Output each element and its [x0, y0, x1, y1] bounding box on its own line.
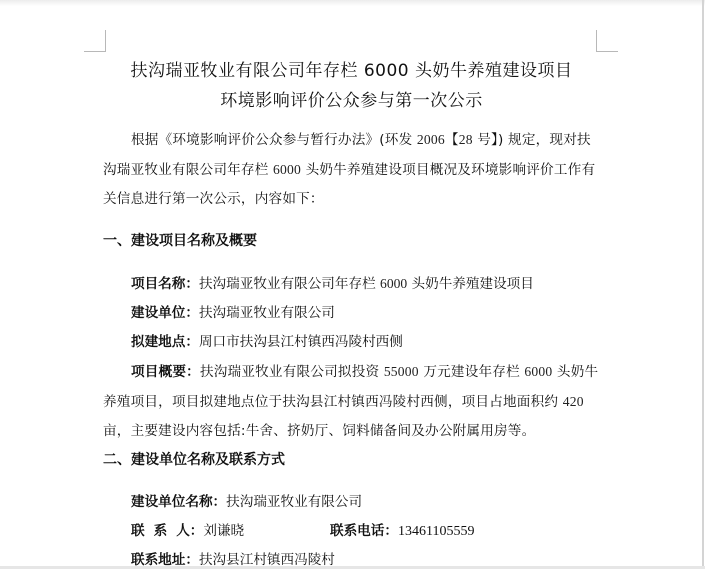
- address-field: 联系地址：扶沟县江村镇西冯陵村: [103, 546, 600, 569]
- location-field: 拟建地点：周口市扶沟县江村镇西冯陵村西侧: [103, 328, 600, 357]
- address-value: 扶沟县江村镇西冯陵村: [199, 552, 335, 568]
- summary-text: 亩，主要建设内容包括:牛舍、挤奶厅、饲料储备间及办公附属用房等。: [103, 423, 535, 439]
- summary-count: 6000: [524, 364, 552, 379]
- contact-label: 系: [154, 523, 168, 539]
- builder-label: 建设单位：: [131, 305, 199, 321]
- document-title-line1: 扶沟瑞亚牧业有限公司年存栏 6000 头奶牛养殖建设项目: [103, 56, 600, 86]
- location-label: 拟建地点：: [131, 334, 199, 350]
- intro-text: 根据《环境影响评价公众参与暂行办法》(环发: [131, 132, 417, 148]
- contact-person-value: 刘谦晓: [203, 523, 244, 539]
- summary-area: 420: [563, 394, 584, 409]
- project-name-value: 扶沟瑞亚牧业有限公司年存栏: [199, 276, 380, 292]
- address-label: 联系地址：: [131, 552, 199, 568]
- section-heading-1: 一、建设项目名称及概要: [103, 227, 600, 256]
- project-name-field: 项目名称：扶沟瑞亚牧业有限公司年存栏 6000 头奶牛养殖建设项目: [103, 269, 600, 299]
- margin-corner-mark-top-left: [84, 30, 106, 52]
- margin-corner-mark-top-right: [596, 30, 618, 52]
- contact-row: 联系人：刘谦晓 联系电话：13461105559: [103, 517, 600, 546]
- summary-investment: 55000: [384, 364, 419, 379]
- unit-name-value: 扶沟瑞亚牧业有限公司: [226, 494, 362, 510]
- phone-value: 13461105559: [398, 524, 474, 539]
- contact-person-field: 联系人：刘谦晓: [131, 517, 330, 546]
- intro-year: 2006: [417, 132, 445, 147]
- contact-label: 人：: [176, 523, 203, 539]
- summary-text: 扶沟瑞亚牧业有限公司拟投资: [200, 364, 384, 380]
- document-page: 扶沟瑞亚牧业有限公司年存栏 6000 头奶牛养殖建设项目 环境影响评价公众参与第…: [103, 56, 600, 569]
- document-title-line2: 环境影响评价公众参与第一次公示: [103, 86, 600, 116]
- section-heading-2: 二、建设单位名称及联系方式: [103, 446, 600, 475]
- contact-label: 联: [131, 523, 145, 539]
- phone-field: 联系电话：13461105559: [330, 517, 474, 546]
- builder-value: 扶沟瑞亚牧业有限公司: [199, 305, 335, 321]
- intro-doc-number: 28: [459, 132, 473, 147]
- builder-field: 建设单位：扶沟瑞亚牧业有限公司: [103, 299, 600, 328]
- location-value: 周口市扶沟县江村镇西冯陵村西侧: [199, 334, 403, 350]
- intro-paragraph: 根据《环境影响评价公众参与暂行办法》(环发 2006【28 号】) 规定，现对扶…: [103, 125, 600, 214]
- summary-text: 万元建设年存栏: [419, 364, 525, 380]
- summary-label: 项目概要：: [131, 364, 200, 380]
- intro-bracket: 【: [445, 132, 459, 148]
- intro-count: 6000: [273, 162, 301, 177]
- page-right-edge: [702, 0, 704, 569]
- unit-name-label: 建设单位名称：: [131, 494, 226, 510]
- project-name-value: 头奶牛养殖建设项目: [407, 276, 534, 292]
- project-name-count: 6000: [380, 276, 407, 291]
- unit-name-field: 建设单位名称：扶沟瑞亚牧业有限公司: [103, 488, 600, 517]
- page-top-shadow: [0, 0, 705, 6]
- phone-label: 联系电话：: [330, 523, 398, 539]
- project-name-label: 项目名称：: [131, 276, 199, 292]
- project-summary-paragraph: 项目概要：扶沟瑞亚牧业有限公司拟投资 55000 万元建设年存栏 6000 头奶…: [103, 357, 600, 446]
